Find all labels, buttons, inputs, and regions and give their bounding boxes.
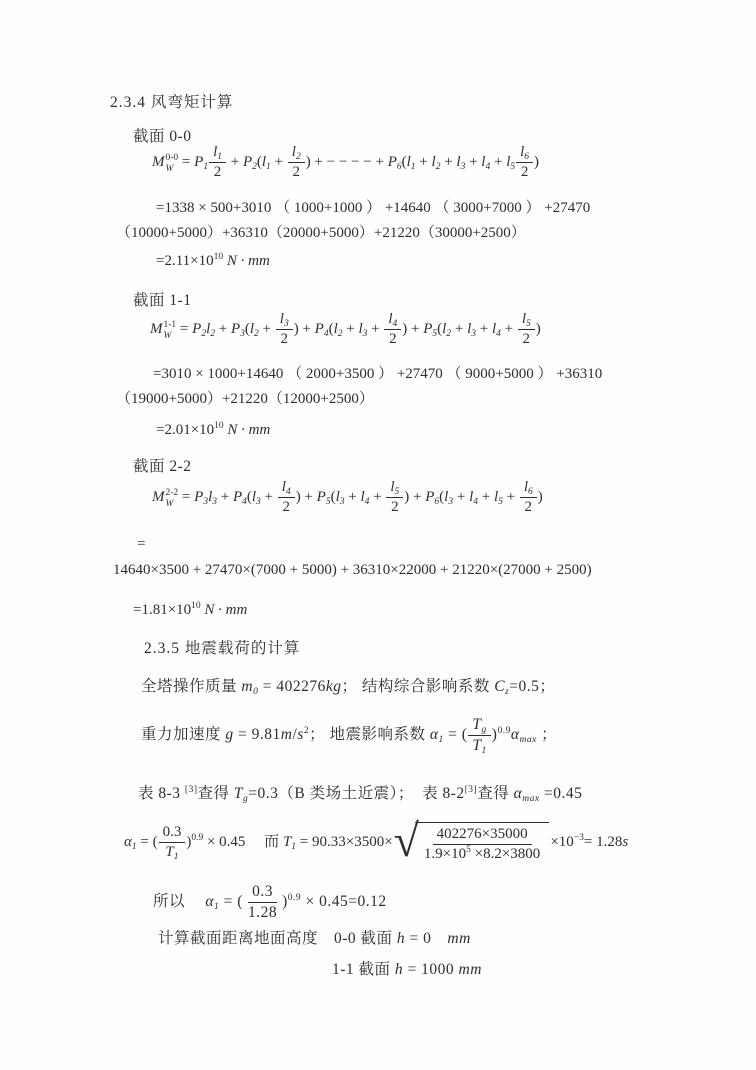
line-section-height-0-0: 计算截面距离地面高度 0-0 截面 h = 0 mm bbox=[158, 929, 471, 949]
result-line-2-2: =1.81×1010 N · mm bbox=[133, 601, 247, 621]
calc-line-0-0-part2: （10000+5000）+36310（20000+5000）+21220（300… bbox=[116, 224, 526, 244]
heading-seismic-load: 2.3.5 地震载荷的计算 bbox=[144, 639, 300, 659]
line-section-height-1-1: 1-1 截面 h = 1000 mm bbox=[332, 960, 482, 980]
line-therefore-alpha1: 所以 α1 = (0.31.28)0.9 × 0.45=0.12 bbox=[153, 883, 387, 922]
formula-wind-moment-1-1: M1-1W = P2l2 + P3(l2 + l32) + P4(l2 + l3… bbox=[150, 311, 541, 349]
heading-wind-moment: 2.3.4 风弯矩计算 bbox=[110, 93, 233, 113]
calc-line-1-1-part2: （19000+5000）+21220（12000+2500） bbox=[116, 390, 374, 410]
calc-line-2-2-equals: = bbox=[137, 535, 145, 555]
formula-wind-moment-0-0: M0-0W = P1l12 + P2(l1 + l22) + − − − − +… bbox=[152, 144, 539, 182]
formula-wind-moment-2-2: M2-2W = P3l3 + P4(l3 + l42) + P5(l3 + l4… bbox=[152, 479, 543, 517]
line-table-lookup: 表 8-3 [3]查得 Tg=0.3（B 类场土近震）； 表 8-2[3]查得 … bbox=[138, 784, 582, 804]
section-label-2-2: 截面 2-2 bbox=[133, 457, 192, 477]
line-gravity-seismic-coefficient: 重力加速度 g = 9.81m/s2； 地震影响系数 α1 = (TgT1)0.… bbox=[141, 716, 557, 755]
result-line-0-0: =2.11×1010 N · mm bbox=[156, 252, 270, 272]
document-page: 2.3.4 风弯矩计算 截面 0-0 M0-0W = P1l12 + P2(l1… bbox=[0, 0, 756, 1070]
calc-line-1-1-part1: =3010 × 1000+14640 （ 2000+3500 ） +27470 … bbox=[153, 365, 602, 385]
line-alpha1-period-t1: α1 = (0.3T1)0.9 × 0.45 而 T1 = 90.33×3500… bbox=[124, 822, 628, 864]
calc-line-2-2-part1: 14640×3500 + 27470×(7000 + 5000) + 36310… bbox=[113, 561, 592, 581]
line-operating-mass: 全塔操作质量 m0 = 402276kg； 结构综合影响系数 Cz=0.5； bbox=[141, 677, 555, 697]
calc-line-0-0-part1: =1338 × 500+3010 （ 1000+1000 ） +14640 （ … bbox=[156, 199, 590, 219]
section-label-1-1: 截面 1-1 bbox=[133, 291, 192, 311]
result-line-1-1: =2.01×1010 N · mm bbox=[156, 421, 270, 441]
